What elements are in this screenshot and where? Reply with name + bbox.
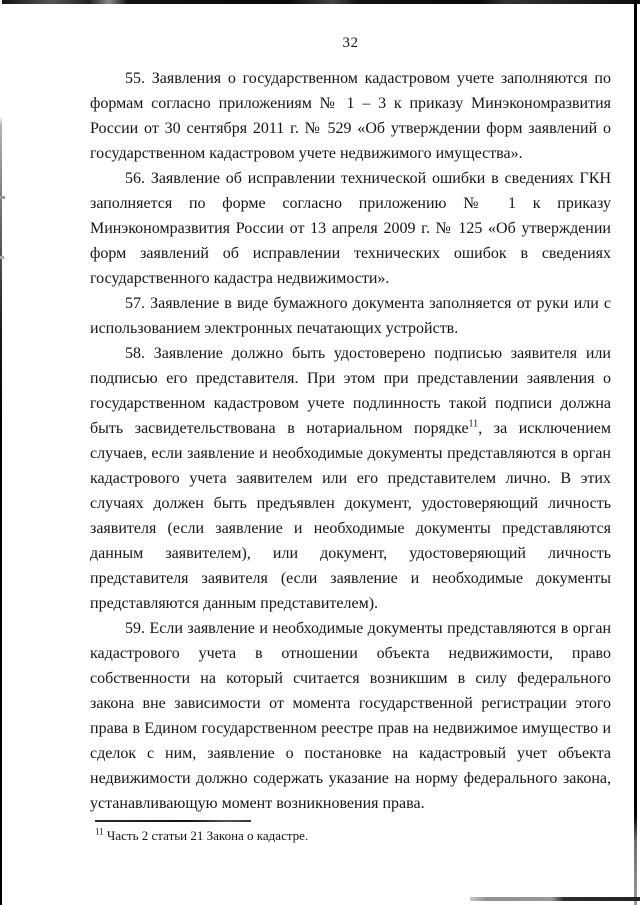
scan-artifact-bottom-edge (470, 897, 640, 901)
page-number: 32 (90, 35, 611, 52)
footnote-text: Часть 2 статьи 21 Закона о кадастре. (107, 828, 308, 843)
paragraph-58: 58. Заявление должно быть удостоверено п… (90, 341, 611, 616)
scan-artifact-left-edge (0, 0, 2, 905)
footnote-marker: 11 (95, 827, 104, 837)
document-body: 55. Заявления о государственном кадастро… (90, 66, 611, 816)
scan-artifact-left-tick (0, 196, 5, 199)
paragraph-55: 55. Заявления о государственном кадастро… (90, 66, 611, 166)
footnote-area: 11 Часть 2 статьи 21 Закона о кадастре. (95, 820, 611, 844)
scan-artifact-top-edge (0, 0, 640, 4)
scan-artifact-right-edge (634, 0, 637, 905)
scan-artifact-left-tick (0, 256, 4, 259)
document-page: 32 55. Заявления о государственном кадас… (0, 0, 640, 905)
footnote-separator-line (95, 820, 251, 822)
footnote: 11 Часть 2 статьи 21 Закона о кадастре. (95, 827, 611, 844)
paragraph-59: 59. Если заявление и необходимые докумен… (90, 616, 611, 816)
paragraph-58-text-continued: , за исключением случаев, если заявление… (90, 420, 611, 612)
paragraph-56: 56. Заявление об исправлении технической… (90, 166, 611, 291)
paragraph-57: 57. Заявление в виде бумажного документа… (90, 291, 611, 341)
footnote-reference-marker: 11 (469, 419, 479, 430)
